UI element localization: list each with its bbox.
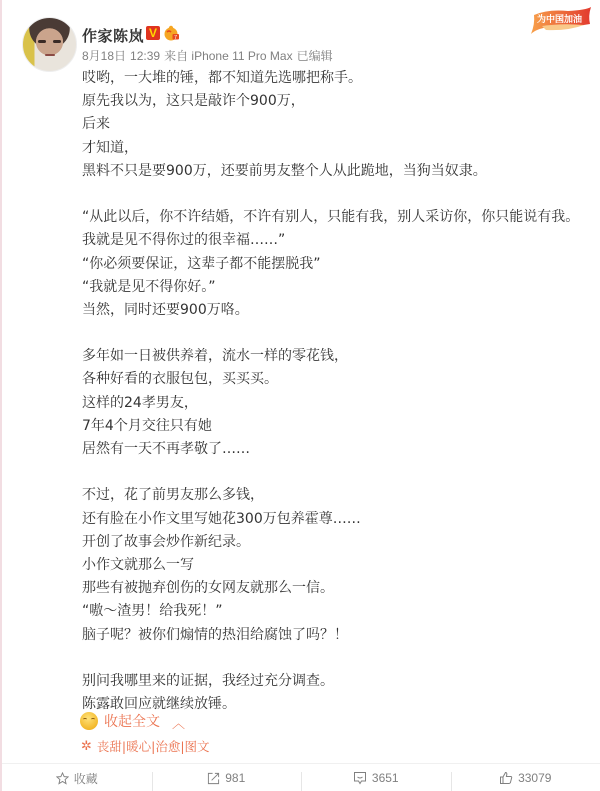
smile-emoji-icon	[80, 712, 98, 730]
paragraph-gap	[82, 647, 592, 670]
repost-icon	[207, 772, 220, 785]
author-name[interactable]: 作家陈岚	[82, 25, 144, 46]
content-line: 才知道，	[82, 137, 592, 160]
repost-count: 981	[225, 771, 245, 785]
post-action-bar: 收藏 981 3651 33079	[2, 763, 600, 791]
paragraph-gap	[82, 322, 592, 345]
content-line: 小作文就那么一写	[82, 554, 592, 577]
repost-button[interactable]: 981	[152, 764, 302, 791]
content-line: 那些有被抛弃创伤的女网友就那么一信。	[82, 577, 592, 600]
avatar-eye	[53, 40, 61, 43]
content-line: 各种好看的衣服包包，买买买。	[82, 368, 592, 391]
comment-button[interactable]: 3651	[301, 764, 451, 791]
paragraph-gap	[82, 183, 592, 206]
collapse-label: 收起全文	[104, 711, 160, 731]
avatar-eye	[38, 40, 46, 43]
like-count: 33079	[518, 771, 551, 785]
topic-tag-link[interactable]: ✲ 丧甜|暖心|治愈|图文	[81, 737, 210, 755]
like-button[interactable]: 33079	[451, 764, 600, 791]
content-line: 这样的24孝男友，	[82, 392, 592, 415]
content-line: “我就是见不得你好。”	[82, 276, 592, 299]
content-line: 开创了故事会炒作新纪录。	[82, 531, 592, 554]
weibo-post-card: 作家陈岚 V 7 8月18日12:39来自 iPhone 11 Pro Max已…	[0, 0, 600, 791]
collapse-full-text-button[interactable]: 收起全文 ︿	[80, 711, 185, 731]
post-source: 来自 iPhone 11 Pro Max	[164, 49, 293, 63]
content-line: 多年如一日被供养着，流水一样的零花钱，	[82, 345, 592, 368]
edited-label[interactable]: 已编辑	[297, 49, 333, 63]
comment-count: 3651	[372, 771, 399, 785]
favorite-label: 收藏	[74, 770, 98, 787]
content-line: 还有脸在小作文里写她花300万包养霍尊……	[82, 508, 592, 531]
avatar-mouth	[45, 54, 55, 56]
content-line: 7年4个月交往只有她	[82, 415, 592, 438]
content-line: 黑料不只是要900万，还要前男友整个人从此跪地，当狗当奴隶。	[82, 160, 592, 183]
content-line: 我就是见不得你过的很幸福……”	[82, 229, 592, 252]
content-line: 后来	[82, 113, 592, 136]
content-line: 不过，花了前男友那么多钱，	[82, 484, 592, 507]
svg-text:7: 7	[174, 35, 177, 41]
post-date[interactable]: 8月18日	[82, 49, 126, 63]
sparkle-icon: ✲	[81, 739, 92, 754]
avatar[interactable]	[22, 17, 77, 72]
thumbs-up-icon	[499, 771, 513, 785]
content-line: “你必须要保证，这辈子都不能摆脱我”	[82, 253, 592, 276]
chevron-up-icon: ︿	[172, 713, 185, 732]
verified-icon[interactable]: V	[146, 26, 160, 40]
cheer-for-china-badge[interactable]: 为中国加油	[528, 6, 594, 36]
comment-icon	[353, 771, 367, 785]
content-line: 居然有一天不再孝敬了……	[82, 438, 592, 461]
topic-tag-label: 丧甜|暖心|治愈|图文	[97, 737, 210, 755]
content-line: 脑子呢？被你们煽情的热泪给腐蚀了吗？！	[82, 624, 592, 647]
post-time[interactable]: 12:39	[130, 49, 160, 63]
fan-level-icon[interactable]: 7	[163, 25, 180, 41]
post-content: 哎哟，一大堆的锤，都不知道先选哪把称手。原先我以为，这只是敲诈个900万，后来才…	[82, 67, 592, 716]
favorite-button[interactable]: 收藏	[2, 764, 152, 791]
star-icon	[56, 772, 69, 785]
paragraph-gap	[82, 461, 592, 484]
content-line: 原先我以为，这只是敲诈个900万，	[82, 90, 592, 113]
content-line: “从此以后，你不许结婚，不许有别人，只能有我，别人采访你，你只能说有我。	[82, 206, 592, 229]
content-line: 当然，同时还要900万咯。	[82, 299, 592, 322]
content-line: “嗷～渣男！给我死！”	[82, 600, 592, 623]
post-meta: 8月18日12:39来自 iPhone 11 Pro Max已编辑	[82, 47, 337, 64]
svg-text:为中国加油: 为中国加油	[537, 13, 582, 25]
content-line: 哎哟，一大堆的锤，都不知道先选哪把称手。	[82, 67, 592, 90]
content-line: 别问我哪里来的证据，我经过充分调查。	[82, 670, 592, 693]
